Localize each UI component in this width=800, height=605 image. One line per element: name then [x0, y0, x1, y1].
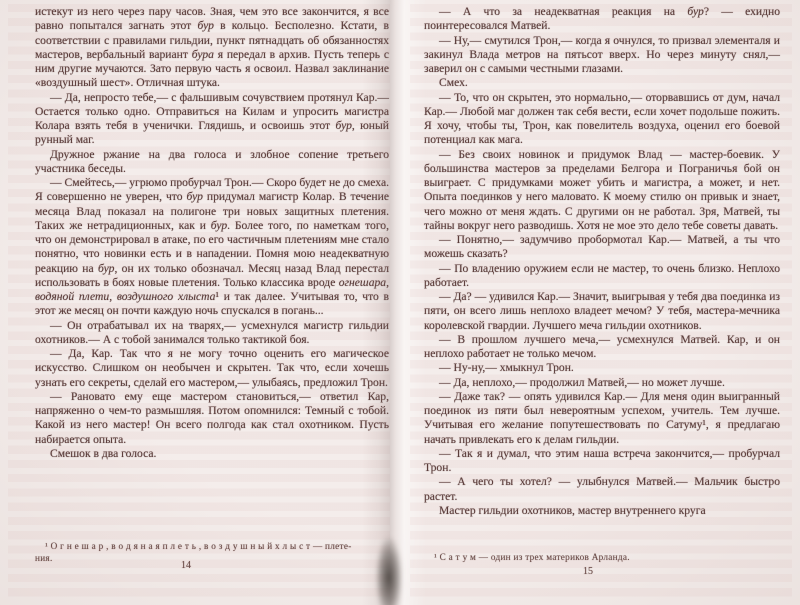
paragraph: Смех. [424, 76, 780, 90]
paragraph: — То, что он скрытен, это нормально,— от… [424, 91, 780, 148]
paragraph: — А чего ты хотел? — улыбнулся Матвей.— … [424, 475, 780, 504]
page-left-footnote: ¹ О г н е ш а р , в о д я н а я п л е т … [35, 541, 385, 565]
book-page-left: истекут из него через пару часов. Зная, … [0, 0, 398, 605]
paragraph: — По владению оружием если не мастер, то… [424, 262, 780, 291]
footnote-line: ¹ С а т у м — один из трех материков Арл… [424, 552, 776, 564]
paragraph: — Понятно,— задумчиво пробормотал Кар.— … [424, 233, 780, 262]
footnote-line: ¹ О г н е ш а р , в о д я н а я п л е т … [35, 541, 385, 553]
page-right-footnote: ¹ С а т у м — один из трех материков Арл… [424, 552, 776, 564]
paragraph: — Так я и думал, что этим наша встреча з… [424, 447, 780, 476]
paragraph: Мастер гильдии охотников, мастер внутрен… [424, 504, 780, 518]
paragraph: — А что за неадекватная реакция на бур? … [424, 5, 780, 34]
paragraph: Дружное ржание на два голоса и злобное с… [35, 148, 389, 177]
footnote-line: ния. [35, 553, 385, 565]
paragraph: истекут из него через пару часов. Зная, … [35, 5, 389, 91]
page-right-text: — А что за неадекватная реакция на бур? … [424, 5, 780, 518]
book-scan-photo: истекут из него через пару часов. Зная, … [0, 0, 800, 605]
paragraph: — Рановато ему еще мастером становиться,… [35, 390, 389, 447]
paragraph: Смешок в два голоса. [35, 447, 389, 461]
page-left-number: 14 [162, 560, 210, 571]
paragraph: — Смейтесь,— угрюмо пробурчал Трон.— Ско… [35, 176, 389, 319]
paragraph: — Без своих новинок и придумок Влад — ма… [424, 148, 780, 234]
paragraph: — Ну-ну,— хмыкнул Трон. [424, 361, 780, 375]
paragraph: — Даже так? — опять удивился Кар.— Для м… [424, 390, 780, 447]
paragraph: — Ну,— смутился Трон,— когда я очнулся, … [424, 34, 780, 77]
paragraph: — Да, неплохо,— продолжил Матвей,— но мо… [424, 376, 780, 390]
paragraph: — Он отрабатывал их на тварях,— усмехнул… [35, 319, 389, 348]
paragraph: — Да, Кар. Так что я не могу точно оцени… [35, 347, 389, 390]
book-page-right: — А что за неадекватная реакция на бур? … [402, 0, 800, 605]
page-left-text: истекут из него через пару часов. Зная, … [35, 5, 389, 461]
paragraph: — Да, непросто тебе,— с фальшивым сочувс… [35, 91, 389, 148]
paragraph: — Да? — удивился Кар.— Значит, выигрывая… [424, 290, 780, 333]
paragraph: — В прошлом лучшего меча,— усмехнулся Ма… [424, 333, 780, 362]
page-right-number: 15 [564, 566, 612, 577]
